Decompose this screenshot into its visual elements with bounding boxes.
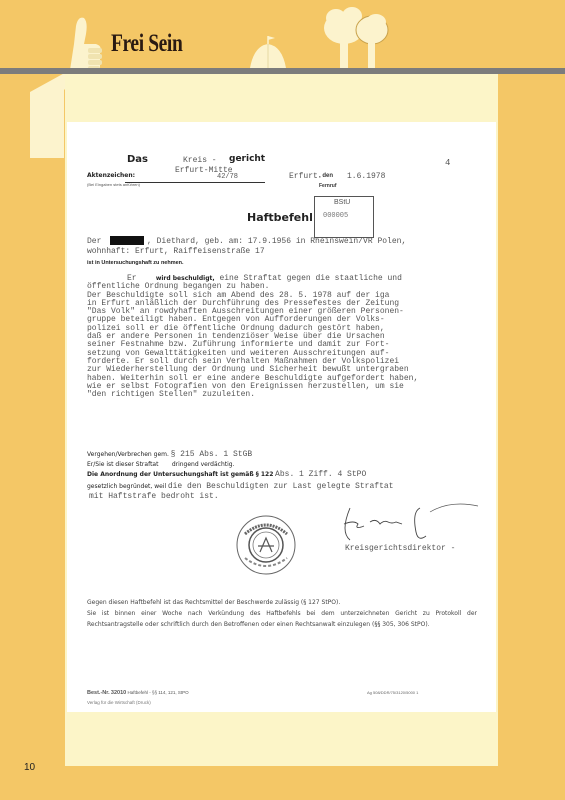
page-number: 10 [24, 762, 35, 773]
tent-icon [248, 34, 288, 70]
court-seal-icon [235, 514, 297, 576]
accusation-body: öffentliche Ordnung begangen zu haben.De… [87, 283, 418, 399]
notice-line-2: Sie ist binnen einer Woche nach Verkündu… [87, 608, 477, 630]
reason-label: gesetzlich begründet, weil [87, 483, 166, 490]
print-code: Ag 508/DDR/75/3120/5000 1 [367, 690, 418, 695]
section-title: Frei Sein [111, 30, 182, 58]
date-label: , den [319, 173, 333, 179]
notice-line-1: Gegen diesen Haftbefehl ist das Rechtsmi… [87, 597, 477, 608]
reason-value-continued: mit Haftstrafe bedroht ist. [89, 492, 219, 501]
file-number-hint: (Bei Eingaben stets anführen) [87, 182, 140, 187]
form-description: Haftbefehl - §§ 114, 121, StPO [127, 690, 188, 695]
redaction-bar [110, 236, 144, 245]
signatory-title: Kreisgerichtsdirektor - [345, 544, 455, 553]
court-prefix: Das [127, 154, 148, 165]
document-date: 1.6.1978 [347, 172, 385, 181]
stamp-label: BStU [334, 199, 350, 206]
sheet-number: 4 [445, 158, 450, 168]
person-details: , Diethard, geb. am: 17.9.1956 in Rheins… [147, 237, 406, 246]
custody-statement: ist in Untersuchungshaft zu nehmen. [87, 260, 184, 266]
document-title: Haftbefehl [247, 211, 313, 224]
file-number: 42/78 [217, 173, 238, 181]
accusation-label: wird beschuldigt, [156, 275, 215, 282]
arrest-warrant-document: Das Kreis - gericht Erfurt-Mitte Aktenze… [67, 122, 496, 712]
person-address: wohnhaft: Erfurt, Raiffeisenstraße 17 [87, 247, 265, 256]
accusation-text: Er wird beschuldigt, eine Straftat gegen… [87, 275, 418, 399]
court-suffix: gericht [229, 154, 265, 164]
reason-value: die den Beschuldigten zur Last gelegte S… [168, 482, 394, 491]
file-number-underline [125, 182, 265, 183]
court-type: Kreis - [183, 156, 217, 165]
file-number-label: Aktenzeichen: [87, 172, 135, 179]
stamp-number: 000005 [323, 212, 348, 220]
trees-icon [318, 4, 398, 70]
phone-label: Fernruf [319, 183, 337, 189]
form-footer: Best.-Nr. 32010 Haftbefehl - §§ 114, 121… [87, 690, 189, 696]
person-prefix: Der [87, 237, 101, 246]
offense-label: Vergehen/Verbrechen gem. [87, 451, 169, 458]
offense-value: § 215 Abs. 1 StGB [171, 450, 253, 459]
appeal-notice: Gegen diesen Haftbefehl ist das Rechtsmi… [87, 597, 477, 630]
order-value: Abs. 1 Ziff. 4 StPO [275, 470, 366, 479]
city: Erfurt [289, 172, 318, 181]
order-number: 32010 [111, 690, 126, 696]
accusation-line: "den richtigen Stellen" zuzuleiten. [87, 391, 418, 399]
order-number-label: Best.-Nr. [87, 690, 110, 696]
legal-basis: Vergehen/Verbrechen gem. § 215 Abs. 1 St… [87, 449, 393, 493]
signature-icon [330, 502, 480, 547]
order-label: Die Anordnung der Untersuchungshaft ist … [87, 471, 273, 478]
suspicion-value: dringend verdächtig. [172, 461, 235, 468]
suspicion-label: Er/Sie ist dieser Straftat [87, 461, 158, 468]
page-header: Frei Sein [0, 0, 565, 74]
publisher: Verlag für die Wirtschaft (Druck) [87, 700, 151, 705]
